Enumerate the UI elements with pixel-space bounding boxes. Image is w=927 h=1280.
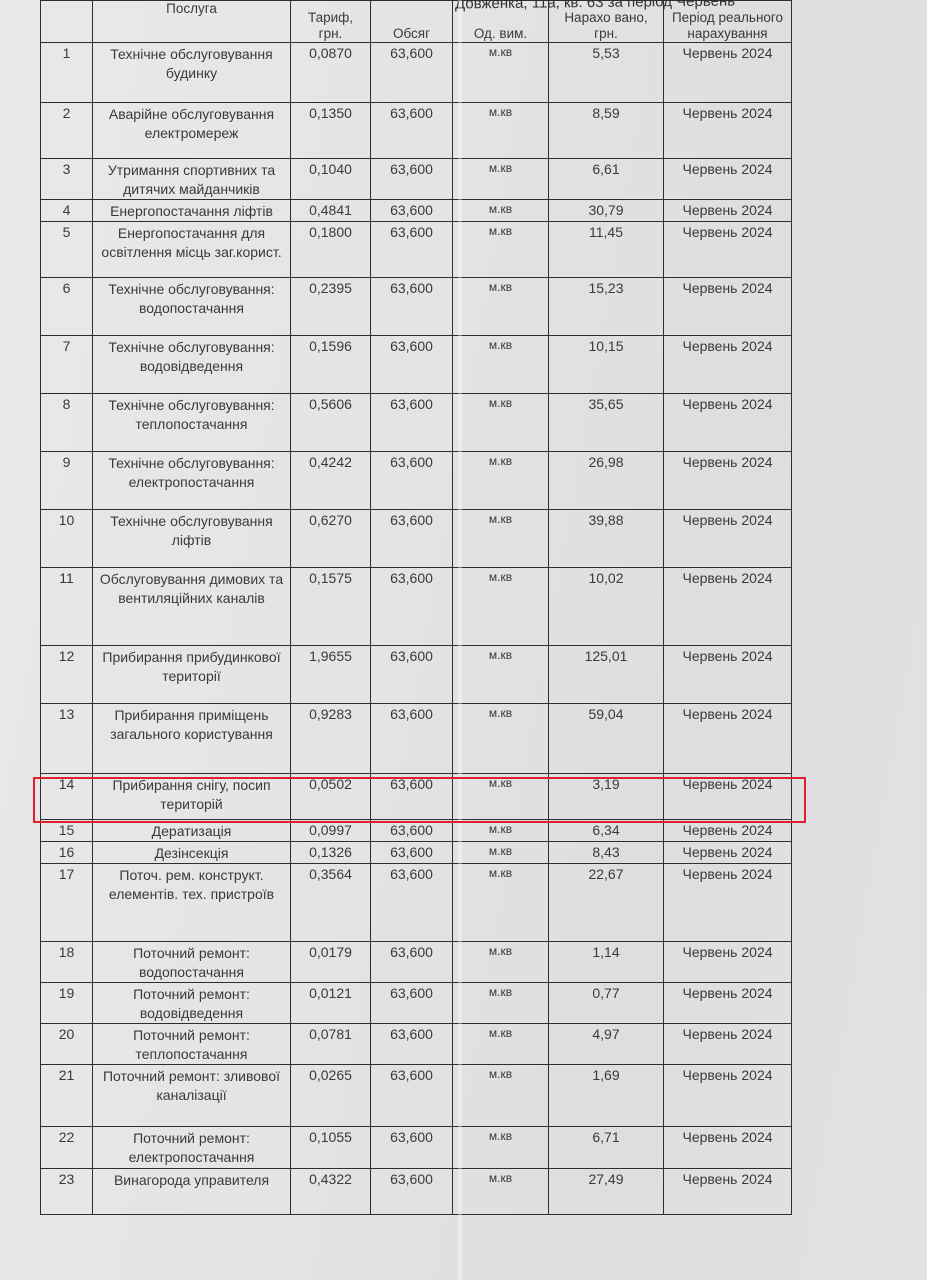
cell-tariff: 0,4242 bbox=[291, 452, 371, 510]
cell-amount: 1,14 bbox=[549, 942, 664, 983]
cell-amount: 1,69 bbox=[549, 1065, 664, 1127]
cell-period: Червень 2024 bbox=[664, 1169, 792, 1215]
table-row: 12Прибирання прибудинкової території1,96… bbox=[41, 646, 792, 704]
cell-volume: 63,600 bbox=[371, 1169, 453, 1215]
cell-amount: 11,45 bbox=[549, 222, 664, 278]
cell-period: Червень 2024 bbox=[664, 159, 792, 200]
cell-amount: 10,15 bbox=[549, 336, 664, 394]
cell-no: 20 bbox=[41, 1024, 93, 1065]
table-row: 13Прибирання приміщень загального корист… bbox=[41, 704, 792, 774]
cell-period: Червень 2024 bbox=[664, 278, 792, 336]
cell-no: 16 bbox=[41, 842, 93, 864]
col-header-volume: Обсяг bbox=[371, 1, 453, 43]
cell-service: Поточний ремонт: зливової каналізації bbox=[93, 1065, 291, 1127]
cell-no: 6 bbox=[41, 278, 93, 336]
cell-period: Червень 2024 bbox=[664, 200, 792, 222]
cell-no: 15 bbox=[41, 820, 93, 842]
cell-period: Червень 2024 bbox=[664, 1127, 792, 1169]
cell-no: 1 bbox=[41, 43, 93, 103]
cell-unit: м.кв bbox=[453, 394, 549, 452]
cell-no: 7 bbox=[41, 336, 93, 394]
cell-no: 10 bbox=[41, 510, 93, 568]
cell-period: Червень 2024 bbox=[664, 646, 792, 704]
cell-no: 14 bbox=[41, 774, 93, 820]
cell-no: 3 bbox=[41, 159, 93, 200]
cell-service: Поточний ремонт: теплопостачання bbox=[93, 1024, 291, 1065]
cell-tariff: 0,4322 bbox=[291, 1169, 371, 1215]
table-row: 11Обслуговування димових та вентиляційни… bbox=[41, 568, 792, 646]
scanned-bill-page: Довженка, 11а, кв. 63 за період Червень … bbox=[0, 0, 927, 1280]
cell-tariff: 0,4841 bbox=[291, 200, 371, 222]
cell-volume: 63,600 bbox=[371, 646, 453, 704]
table-row: 20Поточний ремонт: теплопостачання0,0781… bbox=[41, 1024, 792, 1065]
cell-amount: 39,88 bbox=[549, 510, 664, 568]
col-header-amount: Нарахо вано, грн. bbox=[549, 1, 664, 43]
cell-unit: м.кв bbox=[453, 510, 549, 568]
cell-amount: 27,49 bbox=[549, 1169, 664, 1215]
cell-unit: м.кв bbox=[453, 568, 549, 646]
cell-amount: 22,67 bbox=[549, 864, 664, 942]
charges-table-body: 1Технічне обслуговування будинку0,087063… bbox=[41, 43, 792, 1215]
cell-amount: 8,43 bbox=[549, 842, 664, 864]
cell-no: 4 bbox=[41, 200, 93, 222]
table-row: 21Поточний ремонт: зливової каналізації0… bbox=[41, 1065, 792, 1127]
cell-volume: 63,600 bbox=[371, 864, 453, 942]
cell-no: 23 bbox=[41, 1169, 93, 1215]
cell-tariff: 1,9655 bbox=[291, 646, 371, 704]
table-row: 2Аварійне обслуговування електромереж0,1… bbox=[41, 103, 792, 159]
cell-service: Поточний ремонт: водовідведення bbox=[93, 983, 291, 1024]
table-header-row: Послуга Тариф, грн. Обсяг Од. вим. Нарах… bbox=[41, 1, 792, 43]
cell-service: Технічне обслуговування будинку bbox=[93, 43, 291, 103]
cell-amount: 6,71 bbox=[549, 1127, 664, 1169]
cell-no: 8 bbox=[41, 394, 93, 452]
cell-amount: 3,19 bbox=[549, 774, 664, 820]
table-row: 17Поточ. рем. конструкт. елементів. тех.… bbox=[41, 864, 792, 942]
cell-period: Червень 2024 bbox=[664, 1065, 792, 1127]
cell-unit: м.кв bbox=[453, 1065, 549, 1127]
cell-volume: 63,600 bbox=[371, 942, 453, 983]
cell-amount: 59,04 bbox=[549, 704, 664, 774]
cell-period: Червень 2024 bbox=[664, 842, 792, 864]
cell-amount: 8,59 bbox=[549, 103, 664, 159]
cell-no: 19 bbox=[41, 983, 93, 1024]
cell-no: 13 bbox=[41, 704, 93, 774]
cell-tariff: 0,0502 bbox=[291, 774, 371, 820]
cell-volume: 63,600 bbox=[371, 820, 453, 842]
cell-volume: 63,600 bbox=[371, 842, 453, 864]
cell-amount: 10,02 bbox=[549, 568, 664, 646]
cell-service: Поточний ремонт: електропостачання bbox=[93, 1127, 291, 1169]
cell-service: Технічне обслуговування: теплопостачання bbox=[93, 394, 291, 452]
cell-volume: 63,600 bbox=[371, 103, 453, 159]
cell-period: Червень 2024 bbox=[664, 704, 792, 774]
cell-tariff: 0,5606 bbox=[291, 394, 371, 452]
cell-period: Червень 2024 bbox=[664, 983, 792, 1024]
cell-unit: м.кв bbox=[453, 646, 549, 704]
cell-period: Червень 2024 bbox=[664, 774, 792, 820]
cell-volume: 63,600 bbox=[371, 510, 453, 568]
cell-unit: м.кв bbox=[453, 159, 549, 200]
col-header-no bbox=[41, 1, 93, 43]
cell-service: Енергопостачання ліфтів bbox=[93, 200, 291, 222]
cell-volume: 63,600 bbox=[371, 983, 453, 1024]
cell-service: Дератизація bbox=[93, 820, 291, 842]
cell-tariff: 0,0121 bbox=[291, 983, 371, 1024]
col-header-period: Період реального нарахування bbox=[664, 1, 792, 43]
cell-volume: 63,600 bbox=[371, 222, 453, 278]
cell-amount: 30,79 bbox=[549, 200, 664, 222]
cell-amount: 6,61 bbox=[549, 159, 664, 200]
cell-tariff: 0,0870 bbox=[291, 43, 371, 103]
cell-unit: м.кв bbox=[453, 983, 549, 1024]
cell-tariff: 0,9283 bbox=[291, 704, 371, 774]
cell-unit: м.кв bbox=[453, 200, 549, 222]
table-row: 3Утримання спортивних та дитячих майданч… bbox=[41, 159, 792, 200]
cell-volume: 63,600 bbox=[371, 1065, 453, 1127]
cell-unit: м.кв bbox=[453, 452, 549, 510]
cell-period: Червень 2024 bbox=[664, 222, 792, 278]
cell-unit: м.кв bbox=[453, 842, 549, 864]
cell-volume: 63,600 bbox=[371, 43, 453, 103]
cell-period: Червень 2024 bbox=[664, 942, 792, 983]
cell-service: Утримання спортивних та дитячих майданчи… bbox=[93, 159, 291, 200]
cell-no: 17 bbox=[41, 864, 93, 942]
table-row: 1Технічне обслуговування будинку0,087063… bbox=[41, 43, 792, 103]
cell-service: Прибирання снігу, посип територій bbox=[93, 774, 291, 820]
table-row: 19Поточний ремонт: водовідведення0,01216… bbox=[41, 983, 792, 1024]
cell-tariff: 0,1040 bbox=[291, 159, 371, 200]
cell-service: Технічне обслуговування ліфтів bbox=[93, 510, 291, 568]
table-row: 4Енергопостачання ліфтів0,484163,600м.кв… bbox=[41, 200, 792, 222]
table-row: 7Технічне обслуговування: водовідведення… bbox=[41, 336, 792, 394]
cell-no: 2 bbox=[41, 103, 93, 159]
cell-no: 22 bbox=[41, 1127, 93, 1169]
cell-period: Червень 2024 bbox=[664, 394, 792, 452]
cell-service: Винагорода управителя bbox=[93, 1169, 291, 1215]
cell-tariff: 0,0179 bbox=[291, 942, 371, 983]
table-row: 23Винагорода управителя0,432263,600м.кв2… bbox=[41, 1169, 792, 1215]
cell-amount: 35,65 bbox=[549, 394, 664, 452]
cell-volume: 63,600 bbox=[371, 1024, 453, 1065]
cell-tariff: 0,0781 bbox=[291, 1024, 371, 1065]
cell-period: Червень 2024 bbox=[664, 452, 792, 510]
cell-tariff: 0,0265 bbox=[291, 1065, 371, 1127]
cell-unit: м.кв bbox=[453, 278, 549, 336]
table-row: 22Поточний ремонт: електропостачання0,10… bbox=[41, 1127, 792, 1169]
cell-tariff: 0,6270 bbox=[291, 510, 371, 568]
cell-service: Технічне обслуговування: водовідведення bbox=[93, 336, 291, 394]
cell-period: Червень 2024 bbox=[664, 568, 792, 646]
cell-period: Червень 2024 bbox=[664, 820, 792, 842]
cell-tariff: 0,1575 bbox=[291, 568, 371, 646]
cell-amount: 15,23 bbox=[549, 278, 664, 336]
cell-volume: 63,600 bbox=[371, 394, 453, 452]
cell-service: Енергопостачання для освітлення місць за… bbox=[93, 222, 291, 278]
cell-period: Червень 2024 bbox=[664, 510, 792, 568]
cell-service: Технічне обслуговування: водопостачання bbox=[93, 278, 291, 336]
cell-unit: м.кв bbox=[453, 43, 549, 103]
cell-service: Поточ. рем. конструкт. елементів. тех. п… bbox=[93, 864, 291, 942]
cell-unit: м.кв bbox=[453, 704, 549, 774]
cell-tariff: 0,0997 bbox=[291, 820, 371, 842]
paper-fold-line bbox=[458, 0, 462, 1280]
cell-unit: м.кв bbox=[453, 864, 549, 942]
cell-service: Прибирання приміщень загального користув… bbox=[93, 704, 291, 774]
cell-volume: 63,600 bbox=[371, 704, 453, 774]
cell-service: Технічне обслуговування: електропостачан… bbox=[93, 452, 291, 510]
cell-period: Червень 2024 bbox=[664, 864, 792, 942]
cell-amount: 26,98 bbox=[549, 452, 664, 510]
cell-period: Червень 2024 bbox=[664, 336, 792, 394]
cell-period: Червень 2024 bbox=[664, 43, 792, 103]
cell-volume: 63,600 bbox=[371, 774, 453, 820]
cell-amount: 125,01 bbox=[549, 646, 664, 704]
cell-unit: м.кв bbox=[453, 336, 549, 394]
cell-no: 21 bbox=[41, 1065, 93, 1127]
cell-tariff: 0,1055 bbox=[291, 1127, 371, 1169]
cell-volume: 63,600 bbox=[371, 159, 453, 200]
cell-no: 5 bbox=[41, 222, 93, 278]
cell-unit: м.кв bbox=[453, 820, 549, 842]
cell-tariff: 0,1596 bbox=[291, 336, 371, 394]
table-row: 6Технічне обслуговування: водопостачання… bbox=[41, 278, 792, 336]
cell-period: Червень 2024 bbox=[664, 103, 792, 159]
cell-amount: 6,34 bbox=[549, 820, 664, 842]
cell-unit: м.кв bbox=[453, 1169, 549, 1215]
table-row: 15Дератизація0,099763,600м.кв6,34Червень… bbox=[41, 820, 792, 842]
cell-unit: м.кв bbox=[453, 942, 549, 983]
col-header-service: Послуга bbox=[93, 1, 291, 43]
cell-amount: 0,77 bbox=[549, 983, 664, 1024]
cell-unit: м.кв bbox=[453, 1127, 549, 1169]
cell-unit: м.кв bbox=[453, 103, 549, 159]
cell-volume: 63,600 bbox=[371, 1127, 453, 1169]
table-row: 10Технічне обслуговування ліфтів0,627063… bbox=[41, 510, 792, 568]
cell-no: 11 bbox=[41, 568, 93, 646]
cell-volume: 63,600 bbox=[371, 336, 453, 394]
cell-service: Аварійне обслуговування електромереж bbox=[93, 103, 291, 159]
cell-volume: 63,600 bbox=[371, 200, 453, 222]
cell-unit: м.кв bbox=[453, 1024, 549, 1065]
table-row: 14Прибирання снігу, посип територій0,050… bbox=[41, 774, 792, 820]
col-header-tariff: Тариф, грн. bbox=[291, 1, 371, 43]
cell-service: Поточний ремонт: водопостачання bbox=[93, 942, 291, 983]
cell-tariff: 0,1800 bbox=[291, 222, 371, 278]
table-row: 8Технічне обслуговування: теплопостачанн… bbox=[41, 394, 792, 452]
cell-service: Дезінсекція bbox=[93, 842, 291, 864]
cell-tariff: 0,1326 bbox=[291, 842, 371, 864]
cell-unit: м.кв bbox=[453, 222, 549, 278]
table-row: 5Енергопостачання для освітлення місць з… bbox=[41, 222, 792, 278]
table-row: 9Технічне обслуговування: електропостача… bbox=[41, 452, 792, 510]
cell-service: Обслуговування димових та вентиляційних … bbox=[93, 568, 291, 646]
cell-tariff: 0,2395 bbox=[291, 278, 371, 336]
cell-amount: 4,97 bbox=[549, 1024, 664, 1065]
cell-tariff: 0,3564 bbox=[291, 864, 371, 942]
cell-no: 9 bbox=[41, 452, 93, 510]
cell-period: Червень 2024 bbox=[664, 1024, 792, 1065]
cell-volume: 63,600 bbox=[371, 568, 453, 646]
charges-table: Послуга Тариф, грн. Обсяг Од. вим. Нарах… bbox=[40, 0, 792, 1215]
table-row: 16Дезінсекція0,132663,600м.кв8,43Червень… bbox=[41, 842, 792, 864]
table-row: 18Поточний ремонт: водопостачання0,01796… bbox=[41, 942, 792, 983]
cell-service: Прибирання прибудинкової території bbox=[93, 646, 291, 704]
cell-no: 18 bbox=[41, 942, 93, 983]
cell-tariff: 0,1350 bbox=[291, 103, 371, 159]
cell-no: 12 bbox=[41, 646, 93, 704]
cell-volume: 63,600 bbox=[371, 278, 453, 336]
cell-volume: 63,600 bbox=[371, 452, 453, 510]
col-header-unit: Од. вим. bbox=[453, 1, 549, 43]
cell-unit: м.кв bbox=[453, 774, 549, 820]
cell-amount: 5,53 bbox=[549, 43, 664, 103]
